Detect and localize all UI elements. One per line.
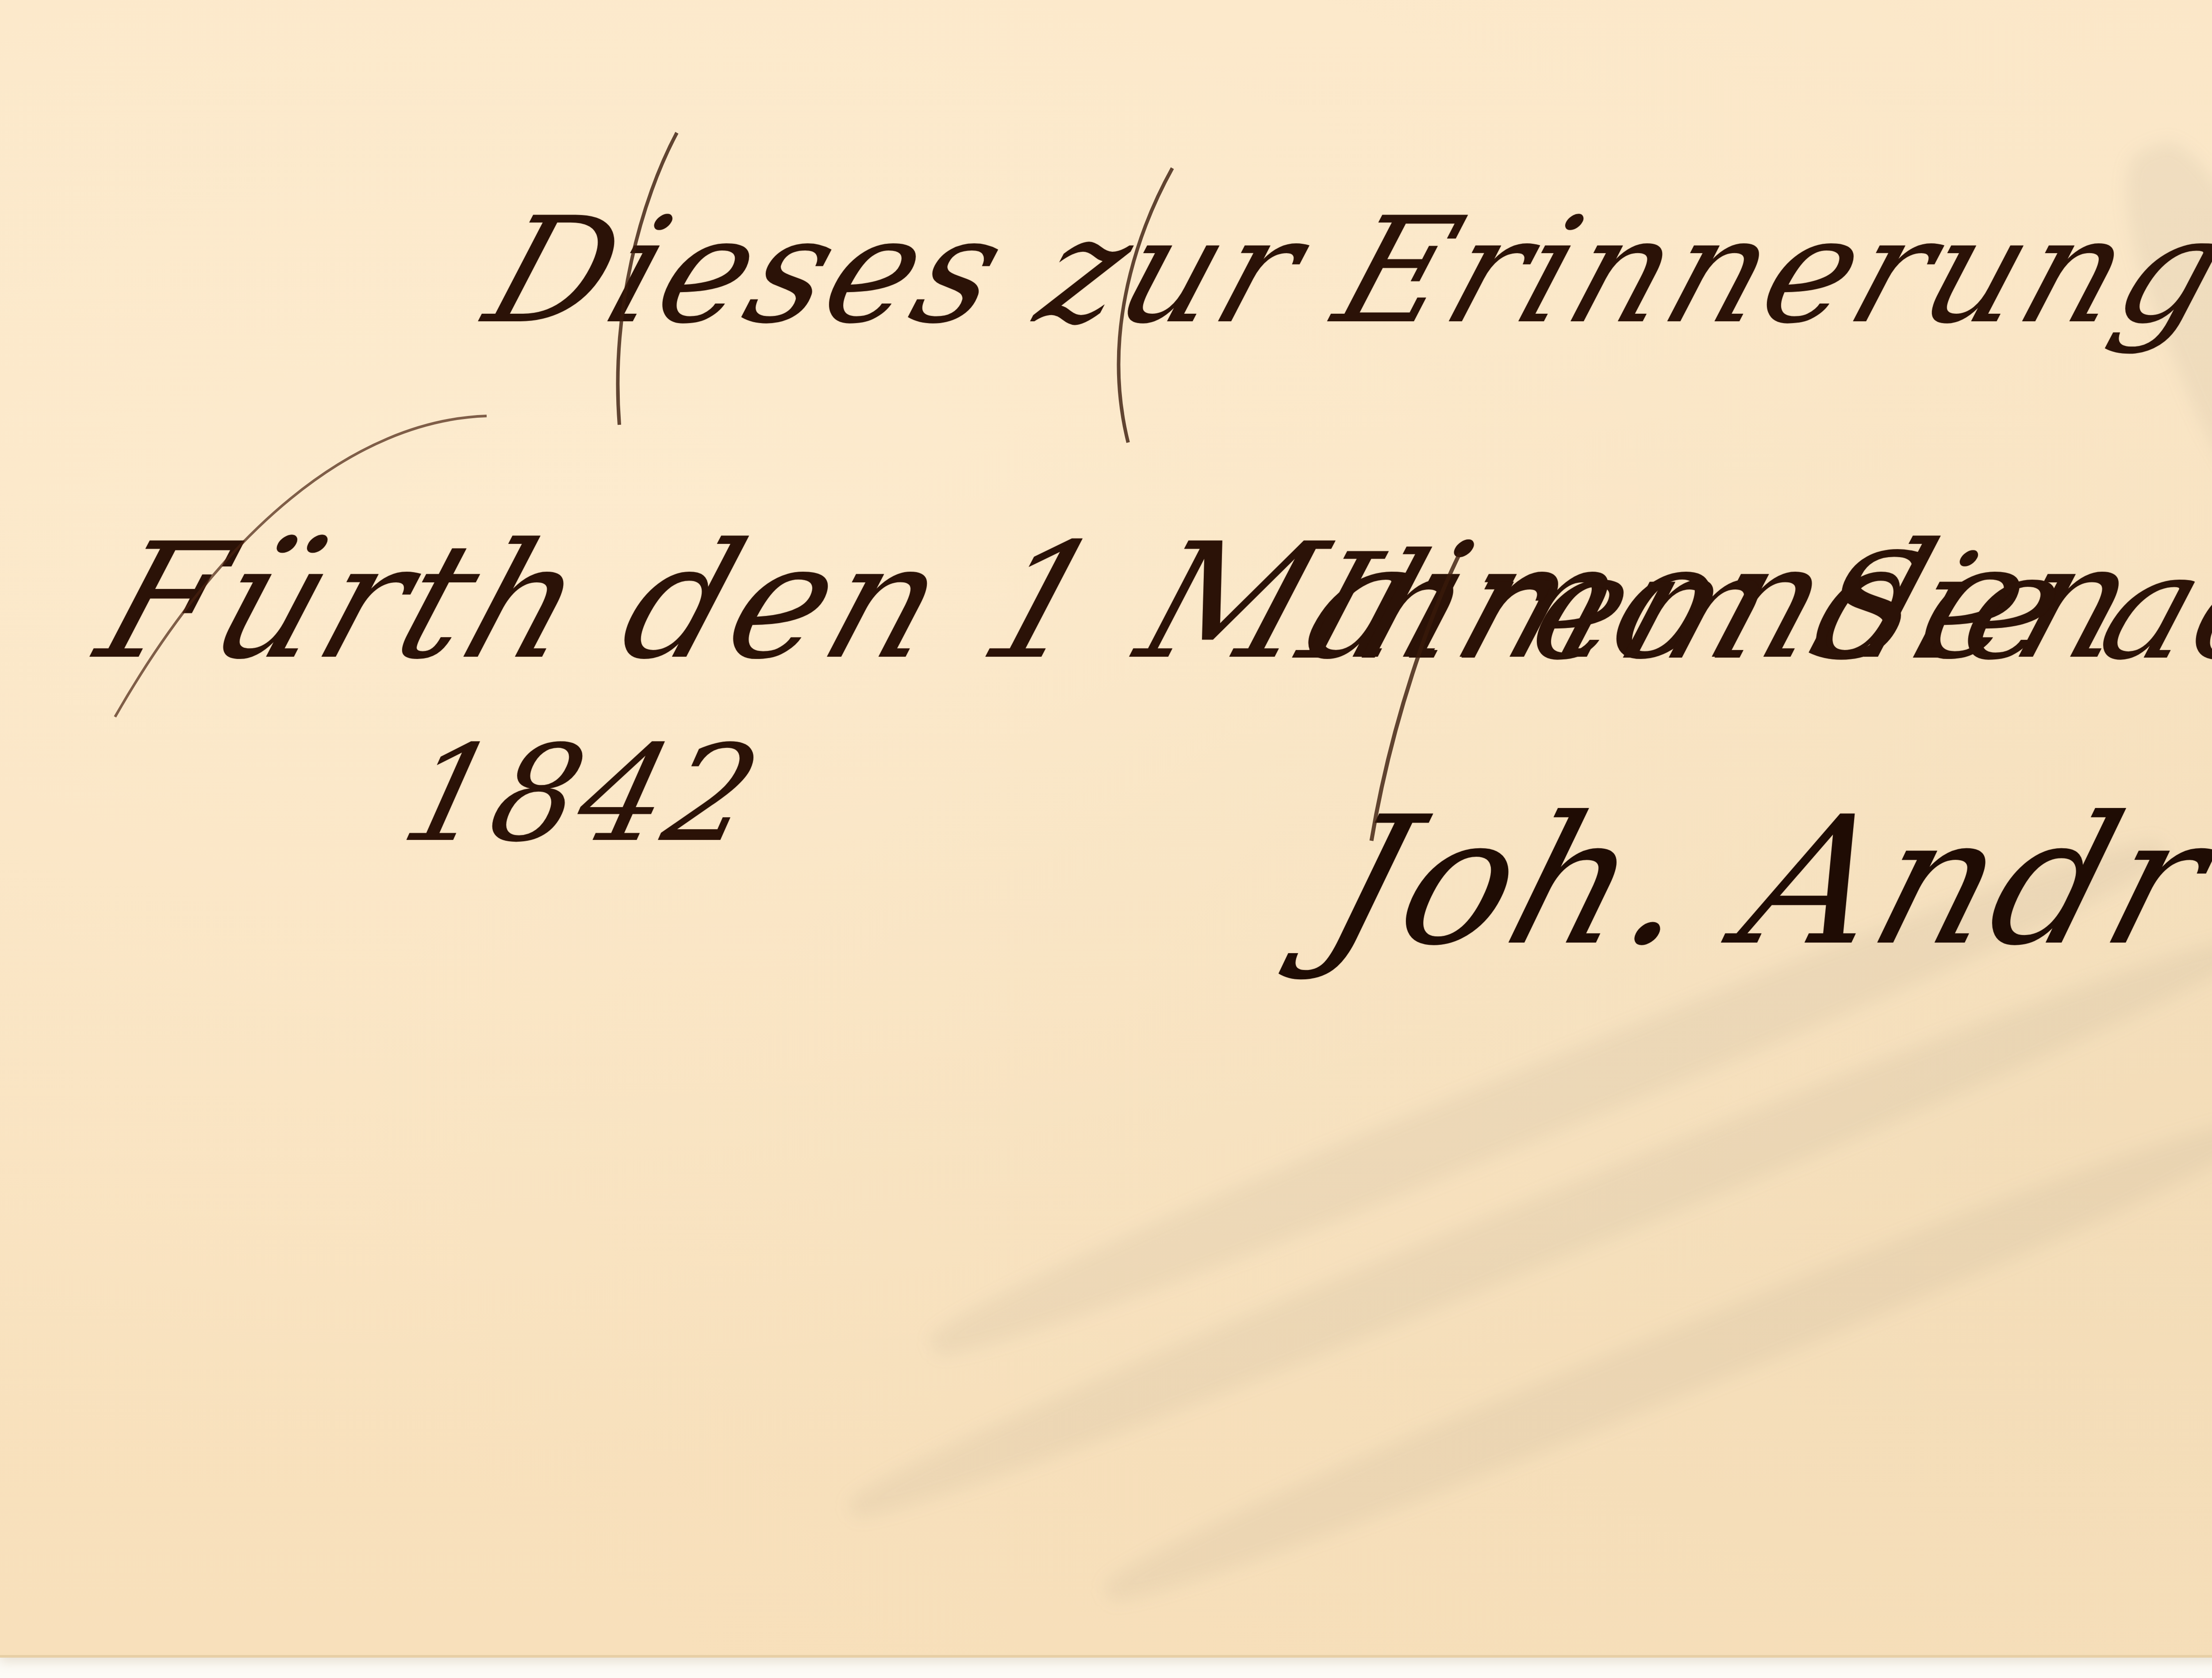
paper-card: Dieses zur Erinnerung von Fürth den 1 Ma… <box>0 0 2212 1658</box>
text-year: 1842 <box>389 717 776 871</box>
text-line-dedication-intro: Dieses zur Erinnerung von <box>469 186 2212 356</box>
scanned-document: Dieses zur Erinnerung von Fürth den 1 Ma… <box>0 0 2212 1678</box>
text-dedication: Ihrem Sie achtenden Freund <box>1283 522 2212 692</box>
signature: Joh. Andr Weigmann <box>1305 779 2212 985</box>
